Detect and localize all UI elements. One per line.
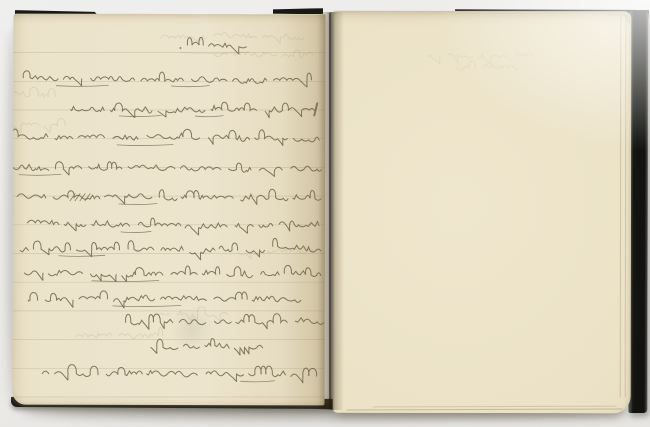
photograph-of-open-notebook [0,0,650,427]
right-page-blank [333,11,632,414]
cover-edge-top-middle [273,8,323,14]
book-gutter-shadow [318,12,344,410]
cover-board-right [628,11,648,413]
left-page-manuscript [12,14,325,406]
faint-bleedthrough-layer [333,11,632,414]
book-gutter-crease [329,13,331,409]
ink-bleedthrough-stain [161,296,223,362]
